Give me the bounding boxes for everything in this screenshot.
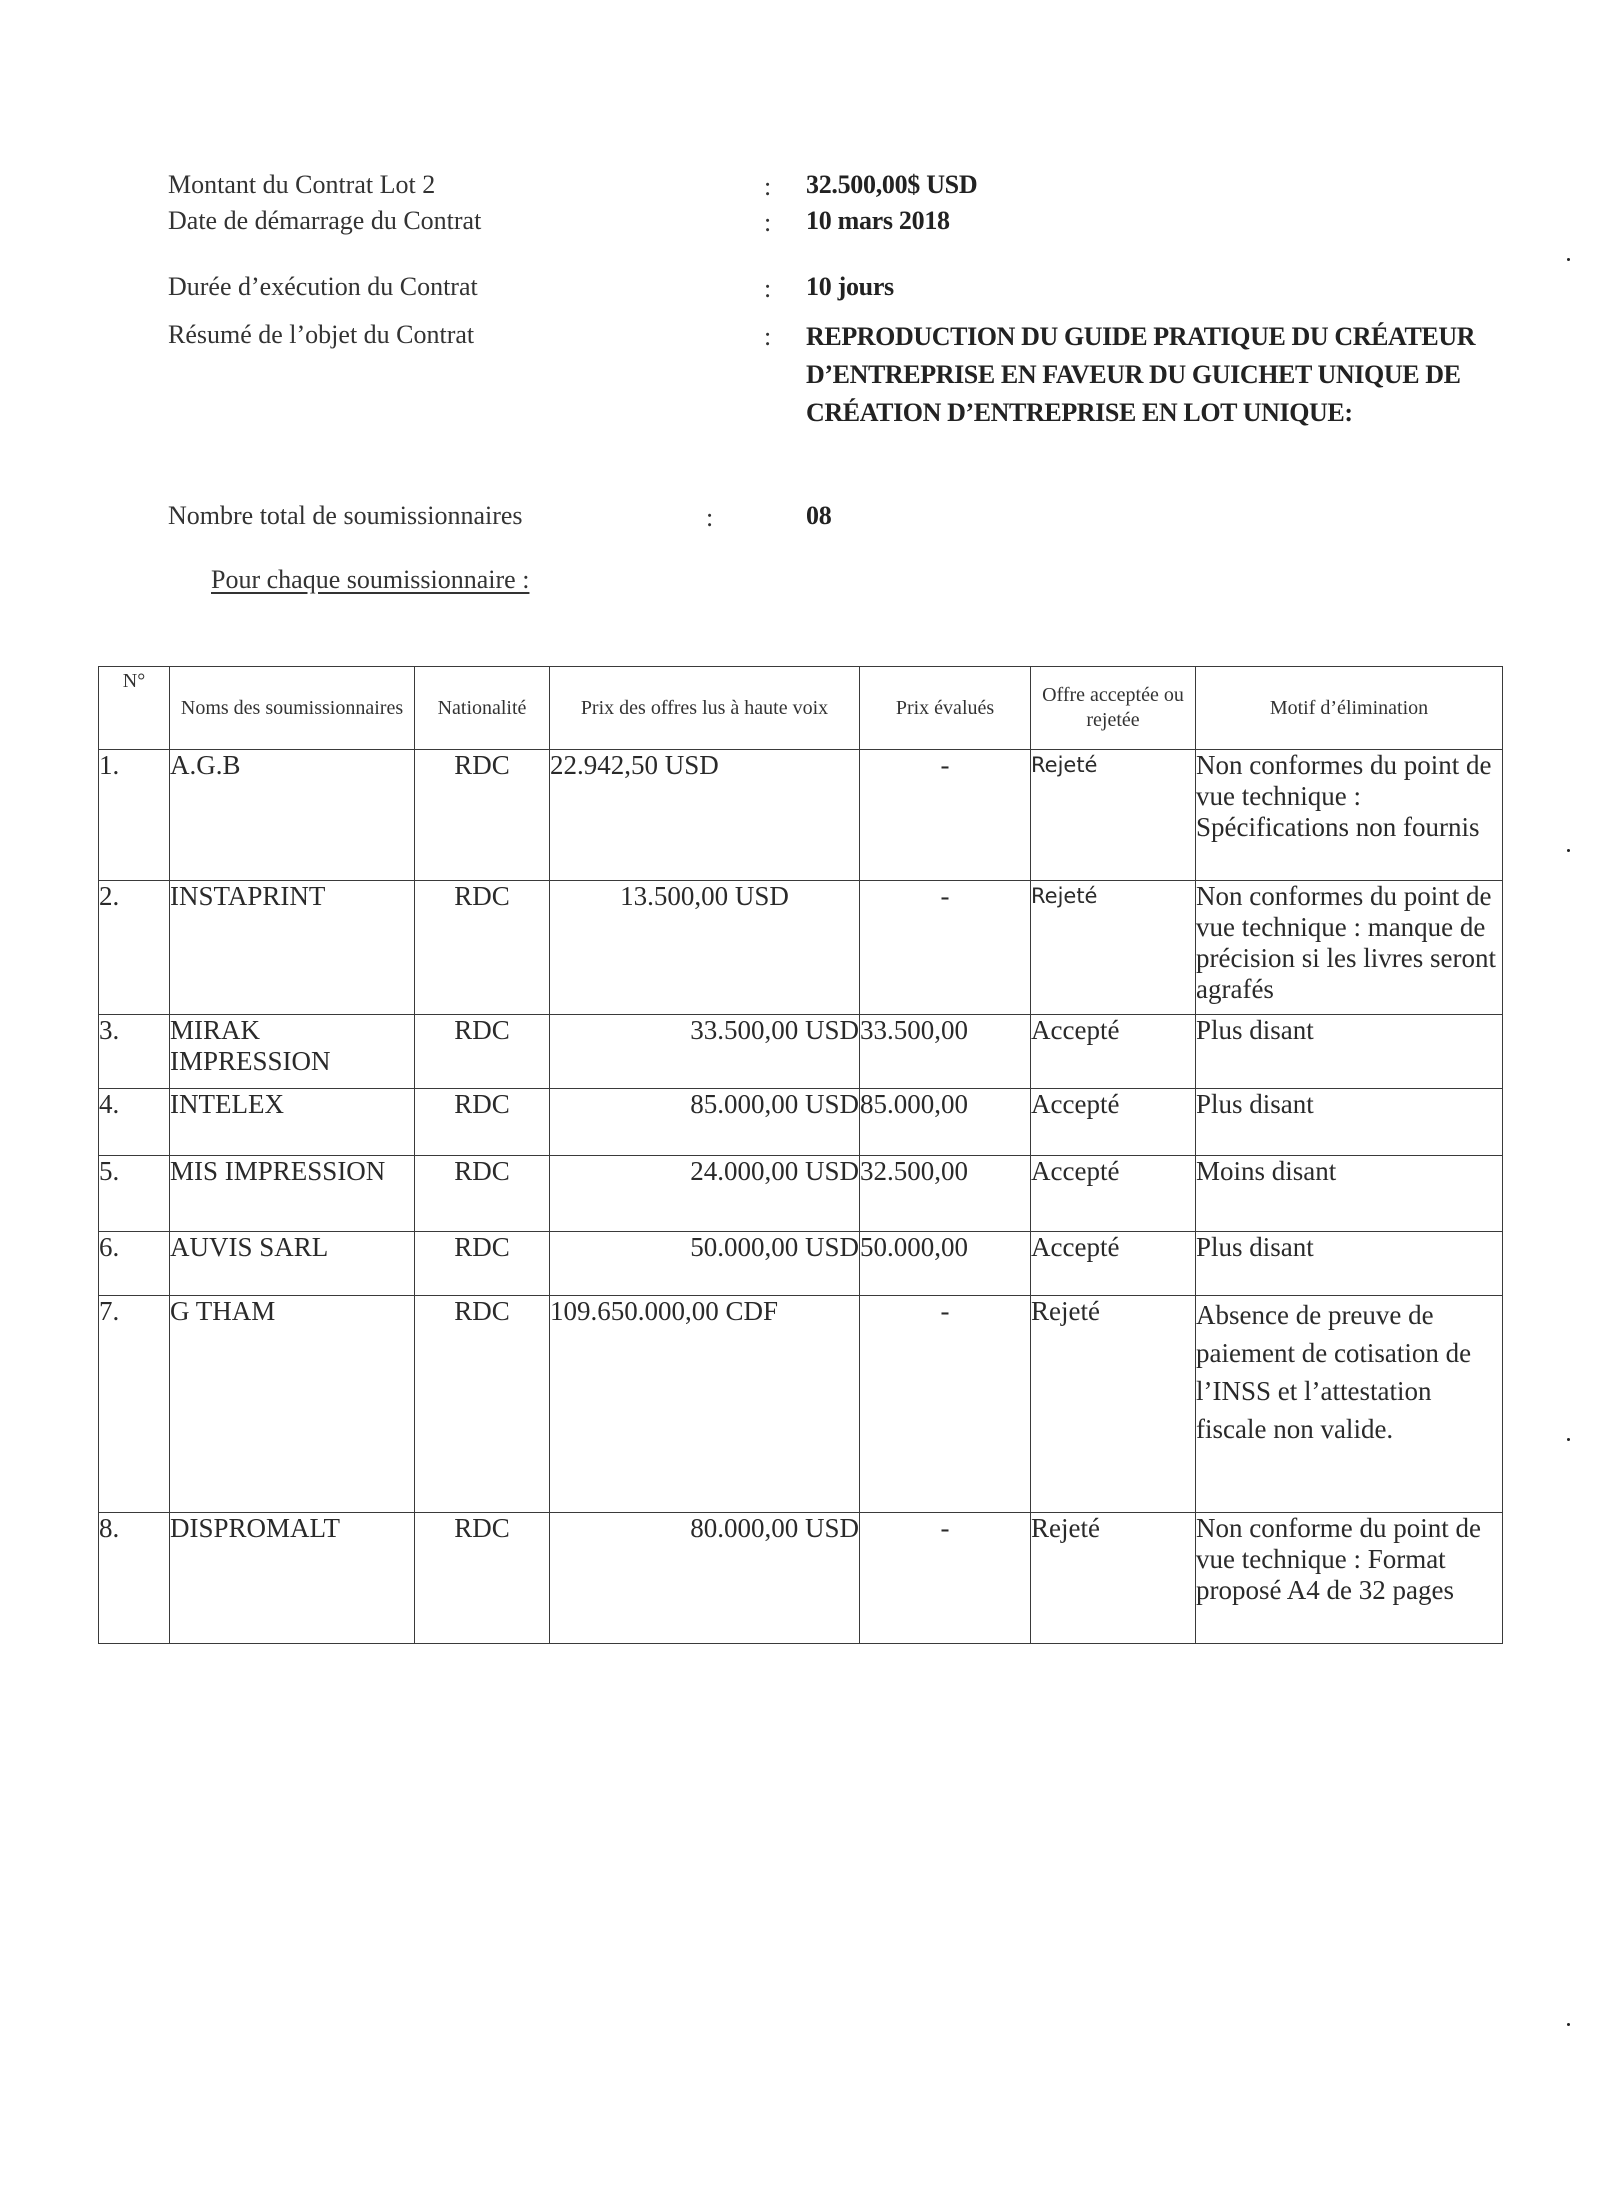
offer-status: Accepté [1031,1089,1196,1156]
price-evaluated: 85.000,00 [860,1089,1031,1156]
bidder-nationality: RDC [415,750,550,881]
row-number: 6. [99,1232,170,1296]
table-row: 1. A.G.B RDC 22.942,50 USD - Rejeté Non … [99,750,1503,881]
price-read: 80.000,00 USD [550,1513,860,1644]
contract-duration-value: 10 jours [806,272,894,302]
contract-start-date-colon: : [764,208,771,238]
total-bidders-colon: : [706,503,713,533]
elimination-reason: Non conforme du point de vue technique :… [1196,1513,1503,1644]
price-read: 22.942,50 USD [550,750,860,881]
contract-start-date-value: 10 mars 2018 [806,206,950,236]
bidder-name: MIS IMPRESSION [170,1156,415,1232]
total-bidders-label: Nombre total de soumissionnaires [168,501,523,531]
elimination-reason: Moins disant [1196,1156,1503,1232]
table-row: 4. INTELEX RDC 85.000,00 USD 85.000,00 A… [99,1089,1503,1156]
price-read: 13.500,00 USD [550,881,860,1015]
offer-status: Accepté [1031,1156,1196,1232]
header-price-evaluated: Prix évalués [860,667,1031,750]
elimination-reason: Non conformes du point de vue technique … [1196,750,1503,881]
price-evaluated: 50.000,00 [860,1232,1031,1296]
row-number: 5. [99,1156,170,1232]
per-bidder-heading: Pour chaque soumissionnaire : [211,565,529,595]
elimination-reason: Plus disant [1196,1015,1503,1089]
header-elimination-reason: Motif d’élimination [1196,667,1503,750]
scan-speck [1567,258,1570,261]
bidder-nationality: RDC [415,1513,550,1644]
contract-object-colon: : [764,322,771,352]
bidder-nationality: RDC [415,1015,550,1089]
offer-status: Accepté [1031,1015,1196,1089]
offer-status: Rejeté [1031,1513,1196,1644]
header-bidder-names: Noms des soumissionnaires [170,667,415,750]
table-row: 2. INSTAPRINT RDC 13.500,00 USD - Rejeté… [99,881,1503,1015]
bidder-nationality: RDC [415,1232,550,1296]
scan-speck [1567,2023,1570,2026]
price-evaluated: - [860,750,1031,881]
price-read: 50.000,00 USD [550,1232,860,1296]
total-bidders-value: 08 [806,501,831,531]
bidder-nationality: RDC [415,1089,550,1156]
header-price-read: Prix des offres lus à haute voix [550,667,860,750]
elimination-reason: Non conformes du point de vue technique … [1196,881,1503,1015]
elimination-reason: Plus disant [1196,1089,1503,1156]
bidder-name: MIRAK IMPRESSION [170,1015,415,1089]
row-number: 7. [99,1296,170,1513]
bidder-name: INTELEX [170,1089,415,1156]
row-number: 4. [99,1089,170,1156]
contract-object-label: Résumé de l’objet du Contrat [168,320,474,350]
price-evaluated: - [860,1513,1031,1644]
table-header-row: N° Noms des soumissionnaires Nationalité… [99,667,1503,750]
bidder-nationality: RDC [415,881,550,1015]
table-row: 8. DISPROMALT RDC 80.000,00 USD - Rejeté… [99,1513,1503,1644]
row-number: 1. [99,750,170,881]
contract-amount-colon: : [764,172,771,202]
bidder-name: AUVIS SARL [170,1232,415,1296]
bidder-name: INSTAPRINT [170,881,415,1015]
elimination-reason: Absence de preuve de paiement de cotisat… [1196,1296,1503,1513]
price-evaluated: 32.500,00 [860,1156,1031,1232]
table-row: 5. MIS IMPRESSION RDC 24.000,00 USD 32.5… [99,1156,1503,1232]
price-read: 85.000,00 USD [550,1089,860,1156]
row-number: 8. [99,1513,170,1644]
price-evaluated: - [860,881,1031,1015]
header-offer-status: Offre acceptée ou rejetée [1031,667,1196,750]
price-read: 109.650.000,00 CDF [550,1296,860,1513]
table-row: 6. AUVIS SARL RDC 50.000,00 USD 50.000,0… [99,1232,1503,1296]
price-evaluated: 33.500,00 [860,1015,1031,1089]
offer-status: Accepté [1031,1232,1196,1296]
row-number: 2. [99,881,170,1015]
offer-status: Rejeté [1031,881,1196,1015]
price-read: 33.500,00 USD [550,1015,860,1089]
bidders-table: N° Noms des soumissionnaires Nationalité… [98,666,1503,1644]
bidder-nationality: RDC [415,1156,550,1232]
contract-duration-label: Durée d’exécution du Contrat [168,272,478,302]
table-row: 3. MIRAK IMPRESSION RDC 33.500,00 USD 33… [99,1015,1503,1089]
price-evaluated: - [860,1296,1031,1513]
offer-status: Rejeté [1031,750,1196,881]
bidder-name: A.G.B [170,750,415,881]
bidder-nationality: RDC [415,1296,550,1513]
offer-status: Rejeté [1031,1296,1196,1513]
elimination-reason: Plus disant [1196,1232,1503,1296]
bidder-name: DISPROMALT [170,1513,415,1644]
scan-speck [1567,1438,1570,1441]
scan-speck [1567,849,1570,852]
price-read: 24.000,00 USD [550,1156,860,1232]
header-nationality: Nationalité [415,667,550,750]
contract-amount-value: 32.500,00$ USD [806,170,977,200]
header-number: N° [99,667,170,750]
row-number: 3. [99,1015,170,1089]
contract-object-value: REPRODUCTION DU GUIDE PRATIQUE DU CRÉATE… [806,318,1506,432]
bidder-name: G THAM [170,1296,415,1513]
contract-duration-colon: : [764,274,771,304]
contract-amount-label: Montant du Contrat Lot 2 [168,170,435,200]
contract-start-date-label: Date de démarrage du Contrat [168,206,481,236]
table-row: 7. G THAM RDC 109.650.000,00 CDF - Rejet… [99,1296,1503,1513]
